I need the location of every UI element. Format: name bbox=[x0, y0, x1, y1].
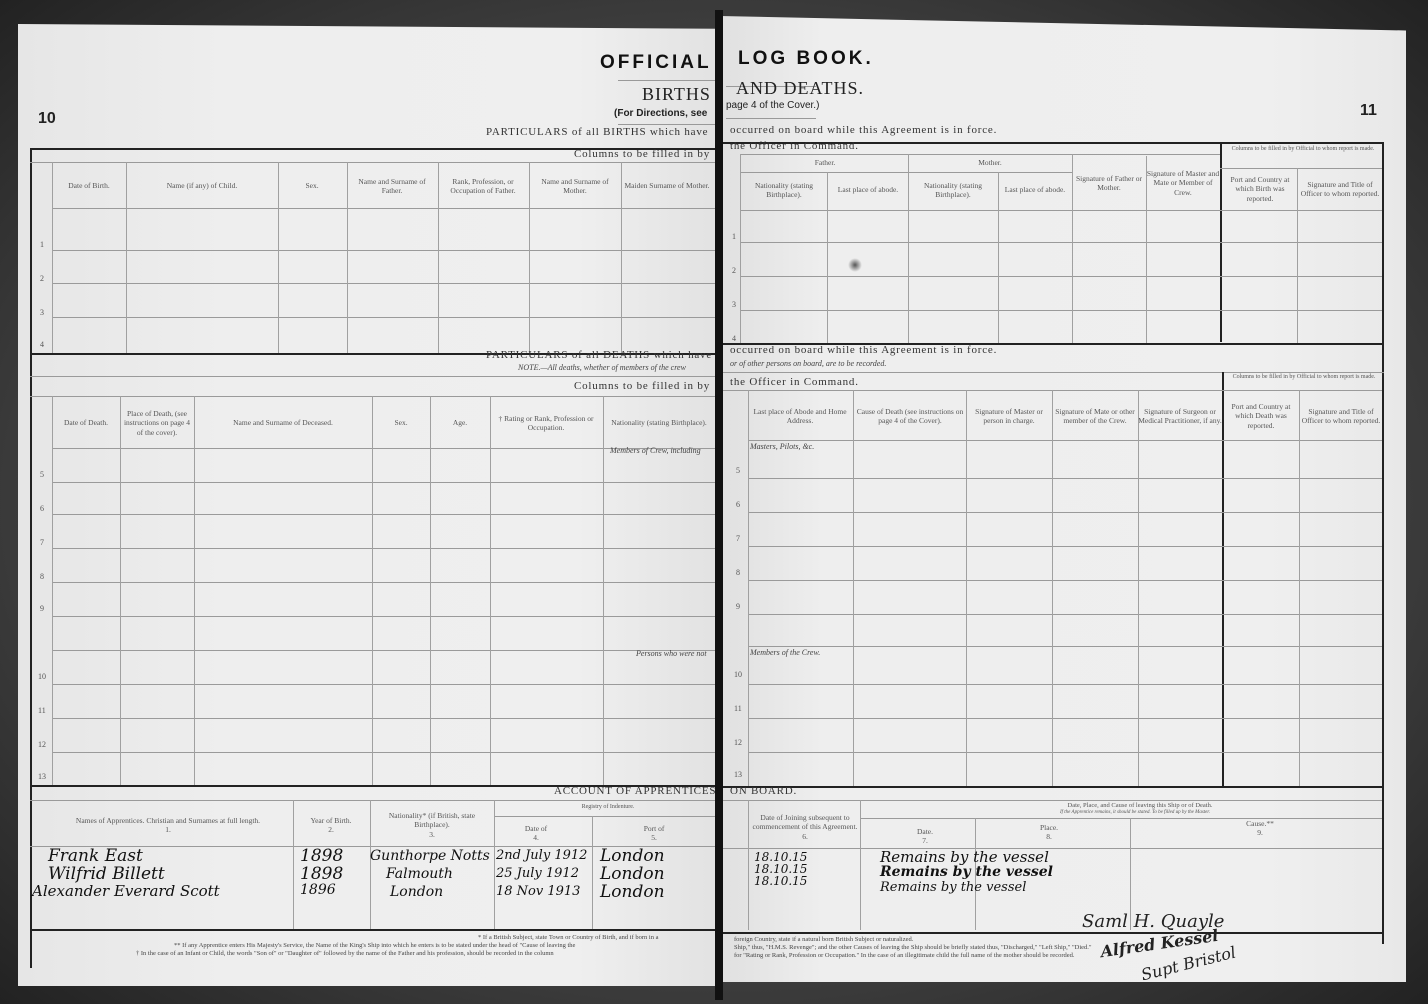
deaths-row-11: 11 bbox=[38, 706, 46, 715]
deaths-official-header: Columns to be filled in by Official to w… bbox=[1228, 374, 1380, 381]
apprentices-col-names: Names of Apprentices. Christian and Surn… bbox=[48, 810, 288, 840]
left-page: OFFICIAL BIRTHS (For Directions, see 10 … bbox=[18, 24, 718, 986]
deaths-row-5-right: 5 bbox=[736, 466, 740, 475]
deaths-col-surgeon-signature: Signature of Surgeon or Medical Practiti… bbox=[1138, 394, 1222, 438]
deaths-row-6-right: 6 bbox=[736, 500, 740, 509]
apprentice-1-nationality: Gunthorpe Notts bbox=[370, 848, 490, 864]
apprentice-3-joined: 18.10.15 bbox=[754, 874, 807, 888]
apprentice-3-nationality: London bbox=[390, 884, 443, 900]
apprentices-col-nationality: Nationality* (if British, state Birthpla… bbox=[372, 810, 492, 840]
deaths-col-nationality: Nationality (stating Birthplace). bbox=[604, 400, 714, 446]
births-col-father-occupation: Rank, Profession, or Occupation of Fathe… bbox=[438, 166, 528, 206]
directions-right: page 4 of the Cover.) bbox=[726, 100, 819, 111]
deaths-row-6: 6 bbox=[40, 504, 44, 513]
apprentice-1-indenture-date: 2nd July 1912 bbox=[496, 848, 587, 863]
apprentices-col-leave-cause: Cause.** 9. bbox=[1140, 816, 1380, 840]
deaths-col-port-reported: Port and Country at which Death was repo… bbox=[1224, 394, 1298, 438]
title-births: BIRTHS bbox=[642, 84, 711, 105]
deaths-note-left: NOTE.—All deaths, whether of members of … bbox=[518, 363, 686, 372]
footnote-right-1: foreign Country, state if a natural born… bbox=[734, 936, 913, 943]
births-filled-by-right: the Officer in Command. bbox=[730, 140, 859, 152]
apprentice-1-year: 1898 bbox=[300, 846, 343, 866]
births-caption-right: occurred on board while this Agreement i… bbox=[730, 124, 997, 136]
footnote-right-3: for "Rating or Rank, Profession or Occup… bbox=[734, 952, 1075, 959]
births-row-4-right: 4 bbox=[732, 334, 736, 343]
deaths-col-date: Date of Death. bbox=[52, 400, 120, 446]
deaths-row-9: 9 bbox=[40, 604, 44, 613]
deaths-row-13: 13 bbox=[38, 772, 46, 781]
ink-blot bbox=[848, 258, 862, 272]
deaths-col-mate-signature: Signature of Mate or other member of the… bbox=[1052, 394, 1138, 438]
births-col-father-abode: Last place of abode. bbox=[828, 174, 908, 206]
registry-indenture-header: Registry of Indenture. bbox=[538, 804, 678, 811]
births-col-father-name: Name and Surname of Father. bbox=[348, 166, 436, 206]
footnote-right-2: Ship," thus, "H.M.S. Revenge"; and the o… bbox=[734, 944, 1092, 951]
apprentice-3-year: 1896 bbox=[300, 882, 336, 898]
deaths-col-master-signature: Signature of Master or person in charge. bbox=[966, 394, 1052, 438]
deaths-filled-by-right: the Officer in Command. bbox=[730, 376, 859, 388]
births-col-port-reported: Port and Country at which Birth was repo… bbox=[1222, 170, 1298, 208]
births-col-officer-signature: Signature and Title of Officer to whom r… bbox=[1298, 170, 1382, 208]
births-row-2: 2 bbox=[40, 274, 44, 283]
right-page: LOG BOOK. AND DEATHS. page 4 of the Cove… bbox=[720, 16, 1406, 982]
births-row-4: 4 bbox=[40, 340, 44, 349]
deaths-row-10: 10 bbox=[38, 672, 46, 681]
apprentices-col-leave-place: Place. 8. bbox=[974, 820, 1124, 844]
apprentices-caption-right: ON BOARD. bbox=[730, 785, 797, 797]
page-number-right: 11 bbox=[1360, 102, 1377, 120]
deaths-col-name: Name and Surname of Deceased. bbox=[194, 400, 372, 446]
apprentice-2-port: London bbox=[600, 864, 665, 884]
births-col-signature-master: Signature of Master and Mate or Member o… bbox=[1146, 158, 1220, 208]
deaths-section-crew-left: Members of Crew, including bbox=[610, 446, 701, 455]
deaths-col-place: Place of Death, (see instructions on pag… bbox=[120, 400, 194, 446]
deaths-col-age: Age. bbox=[430, 400, 490, 446]
births-col-mother-maiden: Maiden Surname of Mother. bbox=[622, 166, 712, 206]
deaths-row-8: 8 bbox=[40, 572, 44, 581]
deaths-section-noncrew-left: Persons who were not bbox=[636, 649, 707, 658]
deaths-caption-right: occurred on board while this Agreement i… bbox=[730, 344, 997, 356]
apprentice-1-port: London bbox=[600, 846, 665, 866]
births-col-mother-abode: Last place of abode. bbox=[998, 174, 1072, 206]
footnote-left-3: † In the case of an Infant or Child, the… bbox=[136, 950, 554, 957]
births-row-3-right: 3 bbox=[732, 300, 736, 309]
deaths-row-8-right: 8 bbox=[736, 568, 740, 577]
births-group-mother: Mother. bbox=[908, 156, 1072, 170]
deaths-row-13-right: 13 bbox=[734, 770, 742, 779]
leaving-header: Date, Place, and Cause of leaving this S… bbox=[990, 802, 1290, 810]
deaths-row-9-right: 9 bbox=[736, 602, 740, 611]
births-row-1: 1 bbox=[40, 240, 44, 249]
apprentice-2-indenture-date: 25 July 1912 bbox=[496, 866, 579, 881]
births-col-mother-name: Name and Surname of Mother. bbox=[530, 166, 620, 206]
title-deaths: AND DEATHS. bbox=[736, 78, 864, 99]
title-log-book: LOG BOOK. bbox=[738, 48, 874, 70]
apprentice-2-remark: Remains by the vessel bbox=[880, 864, 1053, 880]
directions-left: (For Directions, see bbox=[614, 108, 707, 119]
deaths-row-12: 12 bbox=[38, 740, 46, 749]
deaths-note-right: or of other persons on board, are to be … bbox=[730, 359, 886, 368]
apprentices-col-indenture-date: Date of 4. bbox=[496, 822, 576, 844]
deaths-row-10-right: 10 bbox=[734, 670, 742, 679]
footnote-left-2: ** If any Apprentice enters His Majesty'… bbox=[174, 942, 575, 949]
births-row-2-right: 2 bbox=[732, 266, 736, 275]
apprentice-2-year: 1898 bbox=[300, 864, 343, 884]
deaths-section-noncrew-right: Members of the Crew. bbox=[750, 648, 820, 657]
apprentice-2-name: Wilfrid Billett bbox=[48, 864, 165, 884]
title-official: OFFICIAL bbox=[600, 52, 712, 74]
deaths-row-12-right: 12 bbox=[734, 738, 742, 747]
deaths-col-abode: Last place of Abode and Home Address. bbox=[748, 394, 852, 438]
deaths-col-cause: Cause of Death (see instructions on page… bbox=[854, 394, 966, 438]
deaths-caption-left: PARTICULARS of all DEATHS which have bbox=[486, 349, 712, 361]
apprentice-2-nationality: Falmouth bbox=[386, 866, 453, 882]
deaths-section-crew-right: Masters, Pilots, &c. bbox=[750, 442, 814, 451]
deaths-filled-by-left: Columns to be filled in by bbox=[574, 380, 710, 392]
apprentice-3-indenture-date: 18 Nov 1913 bbox=[496, 884, 580, 899]
page-number-left: 10 bbox=[38, 110, 56, 128]
book-gutter bbox=[715, 10, 723, 1000]
deaths-row-7: 7 bbox=[40, 538, 44, 547]
deaths-row-11-right: 11 bbox=[734, 704, 742, 713]
deaths-col-officer-signature: Signature and Title of Officer to whom r… bbox=[1300, 394, 1382, 438]
deaths-row-5: 5 bbox=[40, 470, 44, 479]
apprentice-1-name: Frank East bbox=[48, 846, 143, 866]
apprentice-3-remark: Remains by the vessel bbox=[880, 880, 1026, 895]
apprentices-col-leave-date: Date. 7. bbox=[870, 824, 980, 848]
apprentices-col-indenture-port: Port of 5. bbox=[594, 822, 714, 844]
births-col-sex: Sex. bbox=[278, 166, 346, 206]
apprentice-3-name: Alexander Everard Scott bbox=[32, 882, 220, 900]
footnote-left-1: * If a British Subject, state Town or Co… bbox=[478, 934, 659, 941]
births-official-header: Columns to be filled in by Official to w… bbox=[1226, 146, 1380, 153]
births-filled-by-left: Columns to be filled in by bbox=[574, 148, 710, 160]
apprentices-col-year: Year of Birth. 2. bbox=[294, 810, 368, 840]
births-row-1-right: 1 bbox=[732, 232, 736, 241]
deaths-col-sex: Sex. bbox=[372, 400, 430, 446]
deaths-col-rating: † Rating or Rank, Profession or Occupati… bbox=[490, 400, 602, 446]
apprentice-3-port: London bbox=[600, 882, 665, 902]
births-col-signature-parent: Signature of Father or Mother. bbox=[1072, 158, 1146, 208]
apprentices-col-joining: Date of Joining subsequent to commenceme… bbox=[750, 806, 860, 848]
births-col-mother-nationality: Nationality (stating Birthplace). bbox=[908, 174, 998, 206]
births-col-child-name: Name (if any) of Child. bbox=[126, 166, 278, 206]
births-col-father-nationality: Nationality (stating Birthplace). bbox=[742, 174, 826, 206]
deaths-row-7-right: 7 bbox=[736, 534, 740, 543]
births-col-date: Date of Birth. bbox=[52, 166, 126, 206]
births-group-father: Father. bbox=[742, 156, 908, 170]
apprentices-caption-left: ACCOUNT OF APPRENTICES bbox=[554, 785, 716, 797]
births-caption-left: PARTICULARS of all BIRTHS which have bbox=[486, 126, 708, 138]
births-row-3: 3 bbox=[40, 308, 44, 317]
